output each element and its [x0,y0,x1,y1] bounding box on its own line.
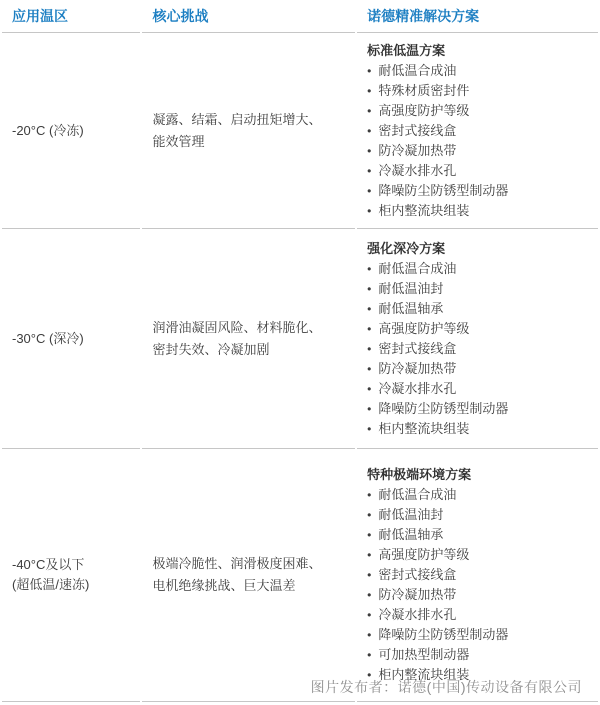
bullet-icon: • [367,505,371,525]
solution-item-label: 冷凝水排水孔 [378,381,456,396]
bullet-icon: • [367,585,371,605]
solutions-table: 应用温区 核心挑战 诺德精准解决方案 -20°C (冷冻) 凝露、结霜、启动扭矩… [0,0,600,702]
solution-item-label: 耐低温油封 [378,281,443,296]
challenge-cell: 润滑油凝固风险、材料脆化、 密封失效、冷凝加剧 [142,229,355,449]
zone-label: -20°C (冷冻) [12,121,130,141]
solution-item: •冷凝水排水孔 [367,161,588,181]
table-row: -20°C (冷冻) 凝露、结霜、启动扭矩增大、 能效管理 标准低温方案 •耐低… [2,33,598,229]
bullet-icon: • [367,379,371,399]
solution-item-label: 耐低温合成油 [378,487,456,502]
challenge-line: 润滑油凝固风险、材料脆化、 [152,317,345,339]
solution-item: •特殊材质密封件 [367,81,588,101]
bullet-icon: • [367,359,371,379]
solution-item-label: 降噪防尘防锈型制动器 [378,401,508,416]
publisher-watermark: 图片发布者：诺德(中国)传动设备有限公司 [311,677,582,697]
solution-cell: 强化深冷方案 •耐低温合成油 •耐低温油封 •耐低温轴承 •高强度防护等级 •密… [357,229,598,449]
bullet-icon: • [367,545,371,565]
challenge-line: 凝露、结霜、启动扭矩增大、 [152,109,345,131]
bullet-icon: • [367,161,371,181]
solution-item-label: 密封式接线盒 [378,123,456,138]
bullet-icon: • [367,645,371,665]
solution-item-label: 高强度防护等级 [378,321,469,336]
bullet-icon: • [367,141,371,161]
challenge-cell: 极端冷脆性、润滑极度困难、 电机绝缘挑战、巨大温差 [142,449,355,702]
solution-item: •柜内整流块组装 [367,419,588,439]
solution-item: •耐低温合成油 [367,259,588,279]
solution-item: •耐低温轴承 [367,299,588,319]
solution-plan-title: 标准低温方案 [367,41,588,61]
bullet-icon: • [367,259,371,279]
bullet-icon: • [367,61,371,81]
solution-item: •耐低温合成油 [367,61,588,81]
solution-item-label: 耐低温合成油 [378,63,456,78]
bullet-icon: • [367,121,371,141]
solution-plan-title: 强化深冷方案 [367,239,588,259]
solution-item-label: 冷凝水排水孔 [378,607,456,622]
solution-item: •降噪防尘防锈型制动器 [367,181,588,201]
table-row: -30°C (深冷) 润滑油凝固风险、材料脆化、 密封失效、冷凝加剧 强化深冷方… [2,229,598,449]
solution-item: •降噪防尘防锈型制动器 [367,399,588,419]
challenge-line: 能效管理 [152,131,345,153]
solution-item: •冷凝水排水孔 [367,379,588,399]
bullet-icon: • [367,525,371,545]
bullet-icon: • [367,319,371,339]
bullet-icon: • [367,485,371,505]
solution-list: •耐低温合成油 •耐低温油封 •耐低温轴承 •高强度防护等级 •密封式接线盒 •… [367,485,588,685]
solution-item: •高强度防护等级 [367,545,588,565]
bullet-icon: • [367,399,371,419]
table-row: -40°C及以下 (超低温/速冻) 极端冷脆性、润滑极度困难、 电机绝缘挑战、巨… [2,449,598,702]
solution-item-label: 防冷凝加热带 [378,587,456,602]
solution-item-label: 耐低温油封 [378,507,443,522]
solution-list: •耐低温合成油 •耐低温油封 •耐低温轴承 •高强度防护等级 •密封式接线盒 •… [367,259,588,439]
solution-item-label: 耐低温合成油 [378,261,456,276]
solution-item-label: 冷凝水排水孔 [378,163,456,178]
bullet-icon: • [367,299,371,319]
solution-item: •密封式接线盒 [367,565,588,585]
solution-item-label: 柜内整流块组装 [378,203,469,218]
solution-item-label: 防冷凝加热带 [378,143,456,158]
solution-item: •耐低温轴承 [367,525,588,545]
bullet-icon: • [367,201,371,221]
solution-cell: 标准低温方案 •耐低温合成油 •特殊材质密封件 •高强度防护等级 •密封式接线盒… [357,33,598,229]
solution-item: •冷凝水排水孔 [367,605,588,625]
solution-item-label: 防冷凝加热带 [378,361,456,376]
solution-item-label: 高强度防护等级 [378,547,469,562]
solution-item: •防冷凝加热带 [367,359,588,379]
bullet-icon: • [367,81,371,101]
bullet-icon: • [367,565,371,585]
solution-item: •防冷凝加热带 [367,585,588,605]
challenge-line: 电机绝缘挑战、巨大温差 [152,575,345,597]
solution-cell: 特种极端环境方案 •耐低温合成油 •耐低温油封 •耐低温轴承 •高强度防护等级 … [357,449,598,702]
bullet-icon: • [367,101,371,121]
bullet-icon: • [367,419,371,439]
solution-item-label: 降噪防尘防锈型制动器 [378,627,508,642]
solution-item-label: 可加热型制动器 [378,647,469,662]
solution-item-label: 密封式接线盒 [378,567,456,582]
col-header-core-challenges: 核心挑战 [142,0,355,33]
solution-item-label: 高强度防护等级 [378,103,469,118]
solution-item: •可加热型制动器 [367,645,588,665]
bullet-icon: • [367,279,371,299]
zone-cell: -40°C及以下 (超低温/速冻) [2,449,140,702]
solution-item-label: 柜内整流块组装 [378,421,469,436]
solution-plan-title: 特种极端环境方案 [367,465,588,485]
solution-item-label: 耐低温轴承 [378,527,443,542]
solution-item-label: 特殊材质密封件 [378,83,469,98]
col-header-temperature-zone: 应用温区 [2,0,140,33]
zone-cell: -30°C (深冷) [2,229,140,449]
solution-item-label: 降噪防尘防锈型制动器 [378,183,508,198]
solution-item: •防冷凝加热带 [367,141,588,161]
zone-label: -40°C及以下 [12,555,130,575]
solution-item: •密封式接线盒 [367,121,588,141]
zone-cell: -20°C (冷冻) [2,33,140,229]
bullet-icon: • [367,339,371,359]
solution-list: •耐低温合成油 •特殊材质密封件 •高强度防护等级 •密封式接线盒 •防冷凝加热… [367,61,588,221]
solution-item: •耐低温油封 [367,279,588,299]
challenge-line: 密封失效、冷凝加剧 [152,339,345,361]
solution-item: •降噪防尘防锈型制动器 [367,625,588,645]
zone-label-line2: (超低温/速冻) [12,575,130,595]
zone-label: -30°C (深冷) [12,329,130,349]
solution-item: •高强度防护等级 [367,319,588,339]
table-header-row: 应用温区 核心挑战 诺德精准解决方案 [2,0,598,33]
challenge-line: 极端冷脆性、润滑极度困难、 [152,553,345,575]
bullet-icon: • [367,605,371,625]
solution-item: •密封式接线盒 [367,339,588,359]
solution-item: •柜内整流块组装 [367,201,588,221]
col-header-solutions: 诺德精准解决方案 [357,0,598,33]
solution-item-label: 耐低温轴承 [378,301,443,316]
solution-item-label: 密封式接线盒 [378,341,456,356]
bullet-icon: • [367,181,371,201]
solution-item: •耐低温合成油 [367,485,588,505]
challenge-cell: 凝露、结霜、启动扭矩增大、 能效管理 [142,33,355,229]
bullet-icon: • [367,625,371,645]
solution-item: •高强度防护等级 [367,101,588,121]
solution-item: •耐低温油封 [367,505,588,525]
